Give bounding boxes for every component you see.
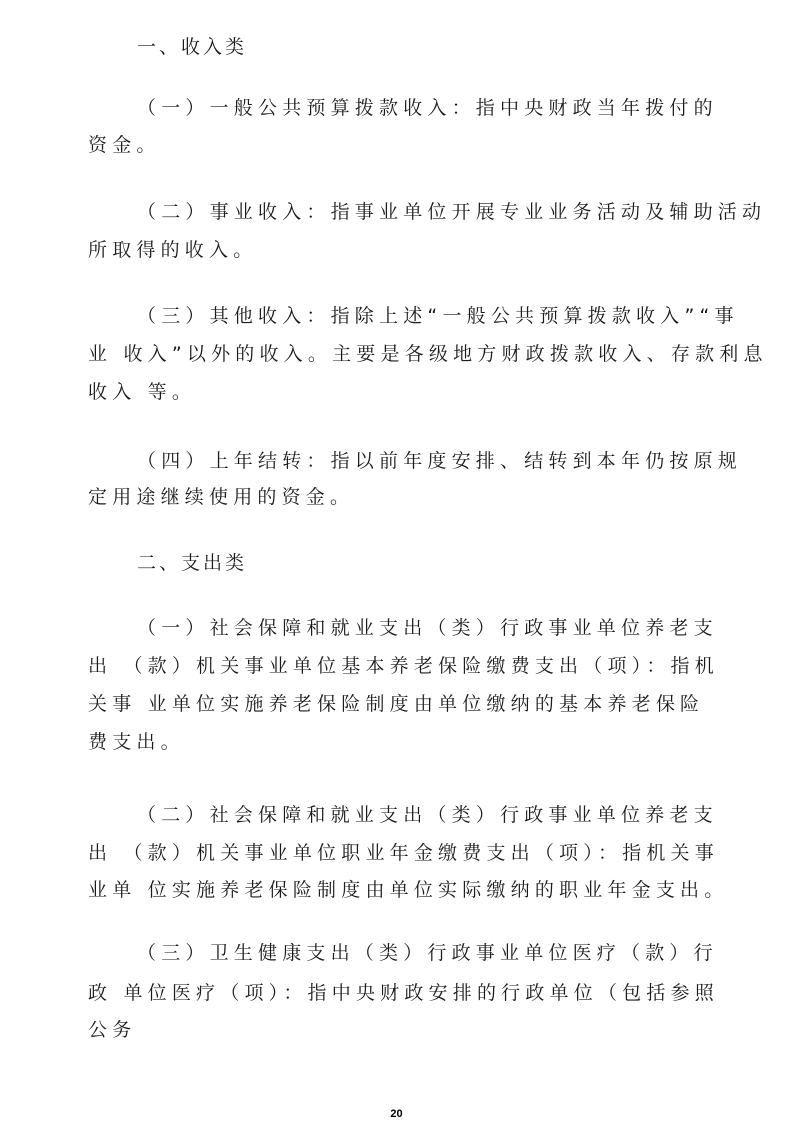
paragraph-line: 资金。 [88,133,161,157]
paragraph-line: （二）事业收入：指事业单位开展专业业务活动及辅助活动 [137,200,766,224]
paragraph-line: （一）社会保障和就业支出（类）行政事业单位养老支 [137,616,718,640]
paragraph-line: （三）卫生健康支出（类）行政事业单位医疗（款）行 [137,941,718,965]
paragraph-line: 关事 业单位实施养老保险制度由单位缴纳的基本养老保险 [88,692,704,716]
paragraph-line: 费支出。 [88,730,185,754]
paragraph-line: 出 （款）机关事业单位职业年金缴费支出（项）：指机关事 [88,841,719,865]
paragraph-line: 业 收入”以外的收入。主要是各级地方财政拨款收入、存款利息 [88,342,768,366]
paragraph-line: 公务 [88,1018,136,1042]
paragraph-line: 业单 位实施养老保险制度由单位实际缴纳的职业年金支出。 [88,878,728,902]
paragraph-line: 政 单位医疗（项）：指中央财政安排的行政单位（包括参照 [88,981,719,1005]
page-number: 20 [0,1108,793,1120]
section-heading-expenditure: 二、支出类 [137,551,247,575]
paragraph-line: （四）上年结转：指以前年度安排、结转到本年仍按原规 [137,449,742,473]
paragraph-line: 所取得的收入。 [88,238,257,262]
section-heading-income: 一、收入类 [137,35,247,59]
paragraph-line: （一）一般公共预算拨款收入：指中央财政当年拨付的 [137,96,718,120]
paragraph-line: 收入 等。 [88,380,196,404]
paragraph-line: （三）其他收入：指除上述“一般公共预算拨款收入”“事 [137,304,739,328]
paragraph-line: 出 （款）机关事业单位基本养老保险缴费支出（项）：指机 [88,654,719,678]
paragraph-line: 定用途继续使用的资金。 [88,485,354,509]
paragraph-line: （二）社会保障和就业支出（类）行政事业单位养老支 [137,803,718,827]
